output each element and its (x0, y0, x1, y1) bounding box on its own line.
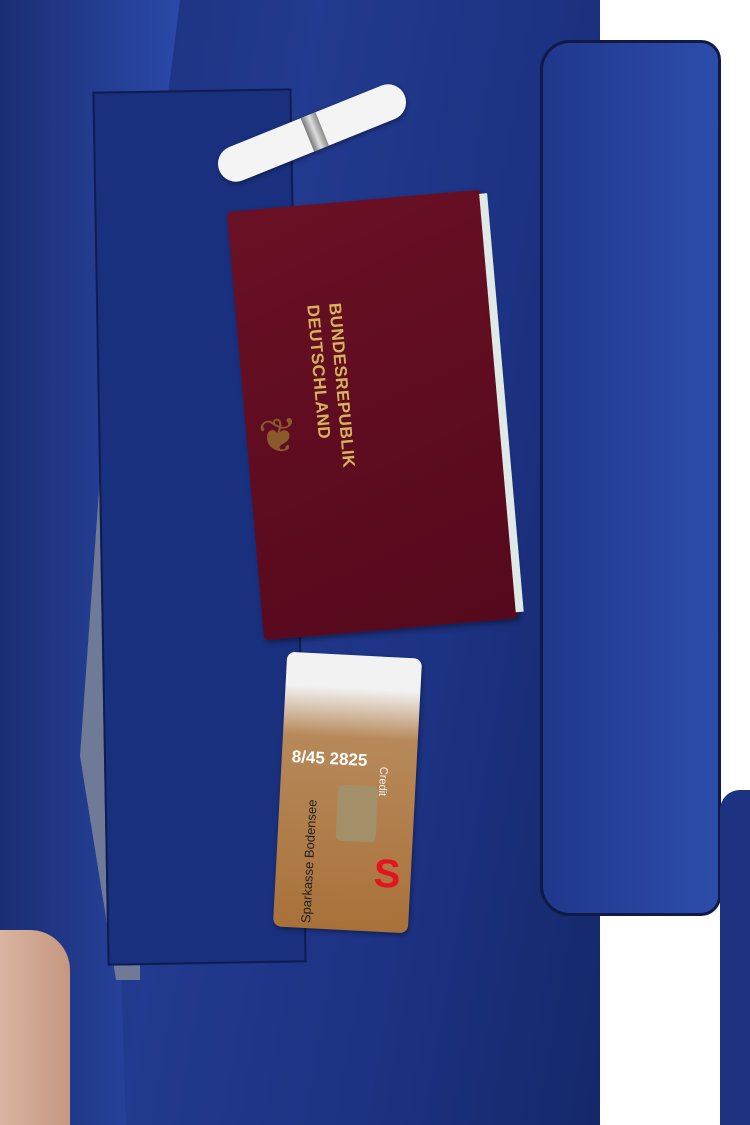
sparkasse-logo-icon: S (373, 852, 402, 898)
passport-title: BUNDESREPUBLIK DEUTSCHLAND (301, 302, 359, 471)
pencil-band (301, 112, 329, 151)
passport: BUNDESREPUBLIK DEUTSCHLAND ❦ (227, 190, 519, 641)
handbag-strap (720, 790, 750, 1125)
card-type: Credit (376, 767, 390, 797)
thumb (0, 930, 70, 1125)
card-numbers: 8/45 2825 (291, 747, 368, 771)
eagle-icon: ❦ (256, 407, 301, 466)
handbag-right-flap (540, 40, 721, 916)
credit-card: 8/45 2825 Credit Sparkasse Bodensee S (273, 652, 422, 934)
bank-region: Bodensee (302, 799, 320, 858)
card-chip (335, 785, 378, 843)
card-bank: Sparkasse Bodensee (298, 799, 319, 923)
bank-name: Sparkasse (298, 861, 316, 923)
